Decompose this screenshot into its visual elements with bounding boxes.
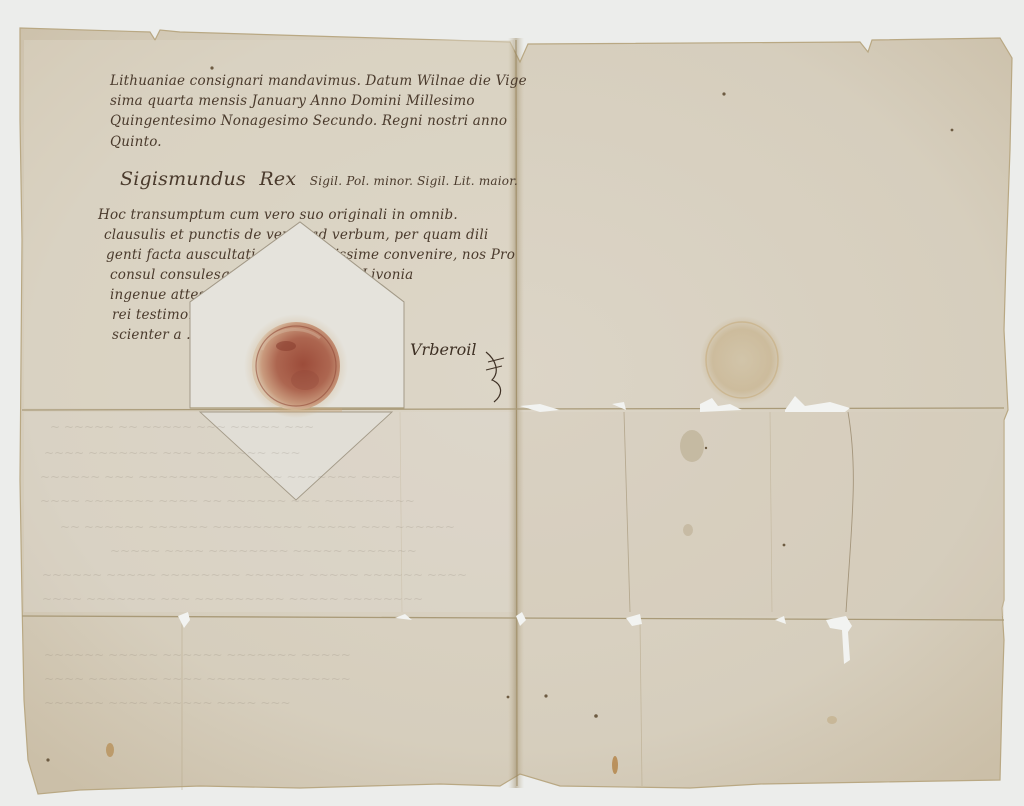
text-line: Quinto. bbox=[110, 133, 162, 151]
royal-signature: Sigismundus Rex Sigil. Pol. minor. Sigil… bbox=[120, 170, 518, 190]
transcript-line: Hoc transumptum cum vero suo originali i… bbox=[98, 206, 458, 224]
ghost-seal-stain bbox=[700, 316, 784, 404]
transcript-line: clausulis et punctis de verbo ad verbum,… bbox=[104, 226, 488, 244]
transcript-line: consul consulesque ... Dorpaten. in Livo… bbox=[110, 266, 413, 284]
transcript-line: rei testimonium ... nostra consulare bbox=[112, 306, 364, 324]
text-line: Quingentesimo Nonagesimo Secundo. Regni … bbox=[110, 112, 507, 130]
wax-seal bbox=[252, 322, 340, 410]
transcript-line: genti facta auscultatione ... fidelissim… bbox=[106, 246, 515, 264]
text-line: Lithuaniae consignari mandavimus. Datum … bbox=[110, 72, 527, 90]
seal-notes: Sigil. Pol. minor. Sigil. Lit. maior. bbox=[310, 174, 518, 188]
royal-title: Rex bbox=[259, 168, 296, 190]
document-viewer: Unfolded 16th-century letter on aged pap… bbox=[0, 0, 1024, 806]
transcript-line: ingenue attestamur ... ac evidentius bbox=[110, 286, 364, 304]
transcript-line: scienter a ... bbox=[112, 326, 200, 344]
royal-name: Sigismundus bbox=[120, 168, 246, 190]
text-line: sima quarta mensis January Anno Domini M… bbox=[110, 92, 475, 110]
secretary-signature: Vrberoil bbox=[410, 340, 476, 359]
